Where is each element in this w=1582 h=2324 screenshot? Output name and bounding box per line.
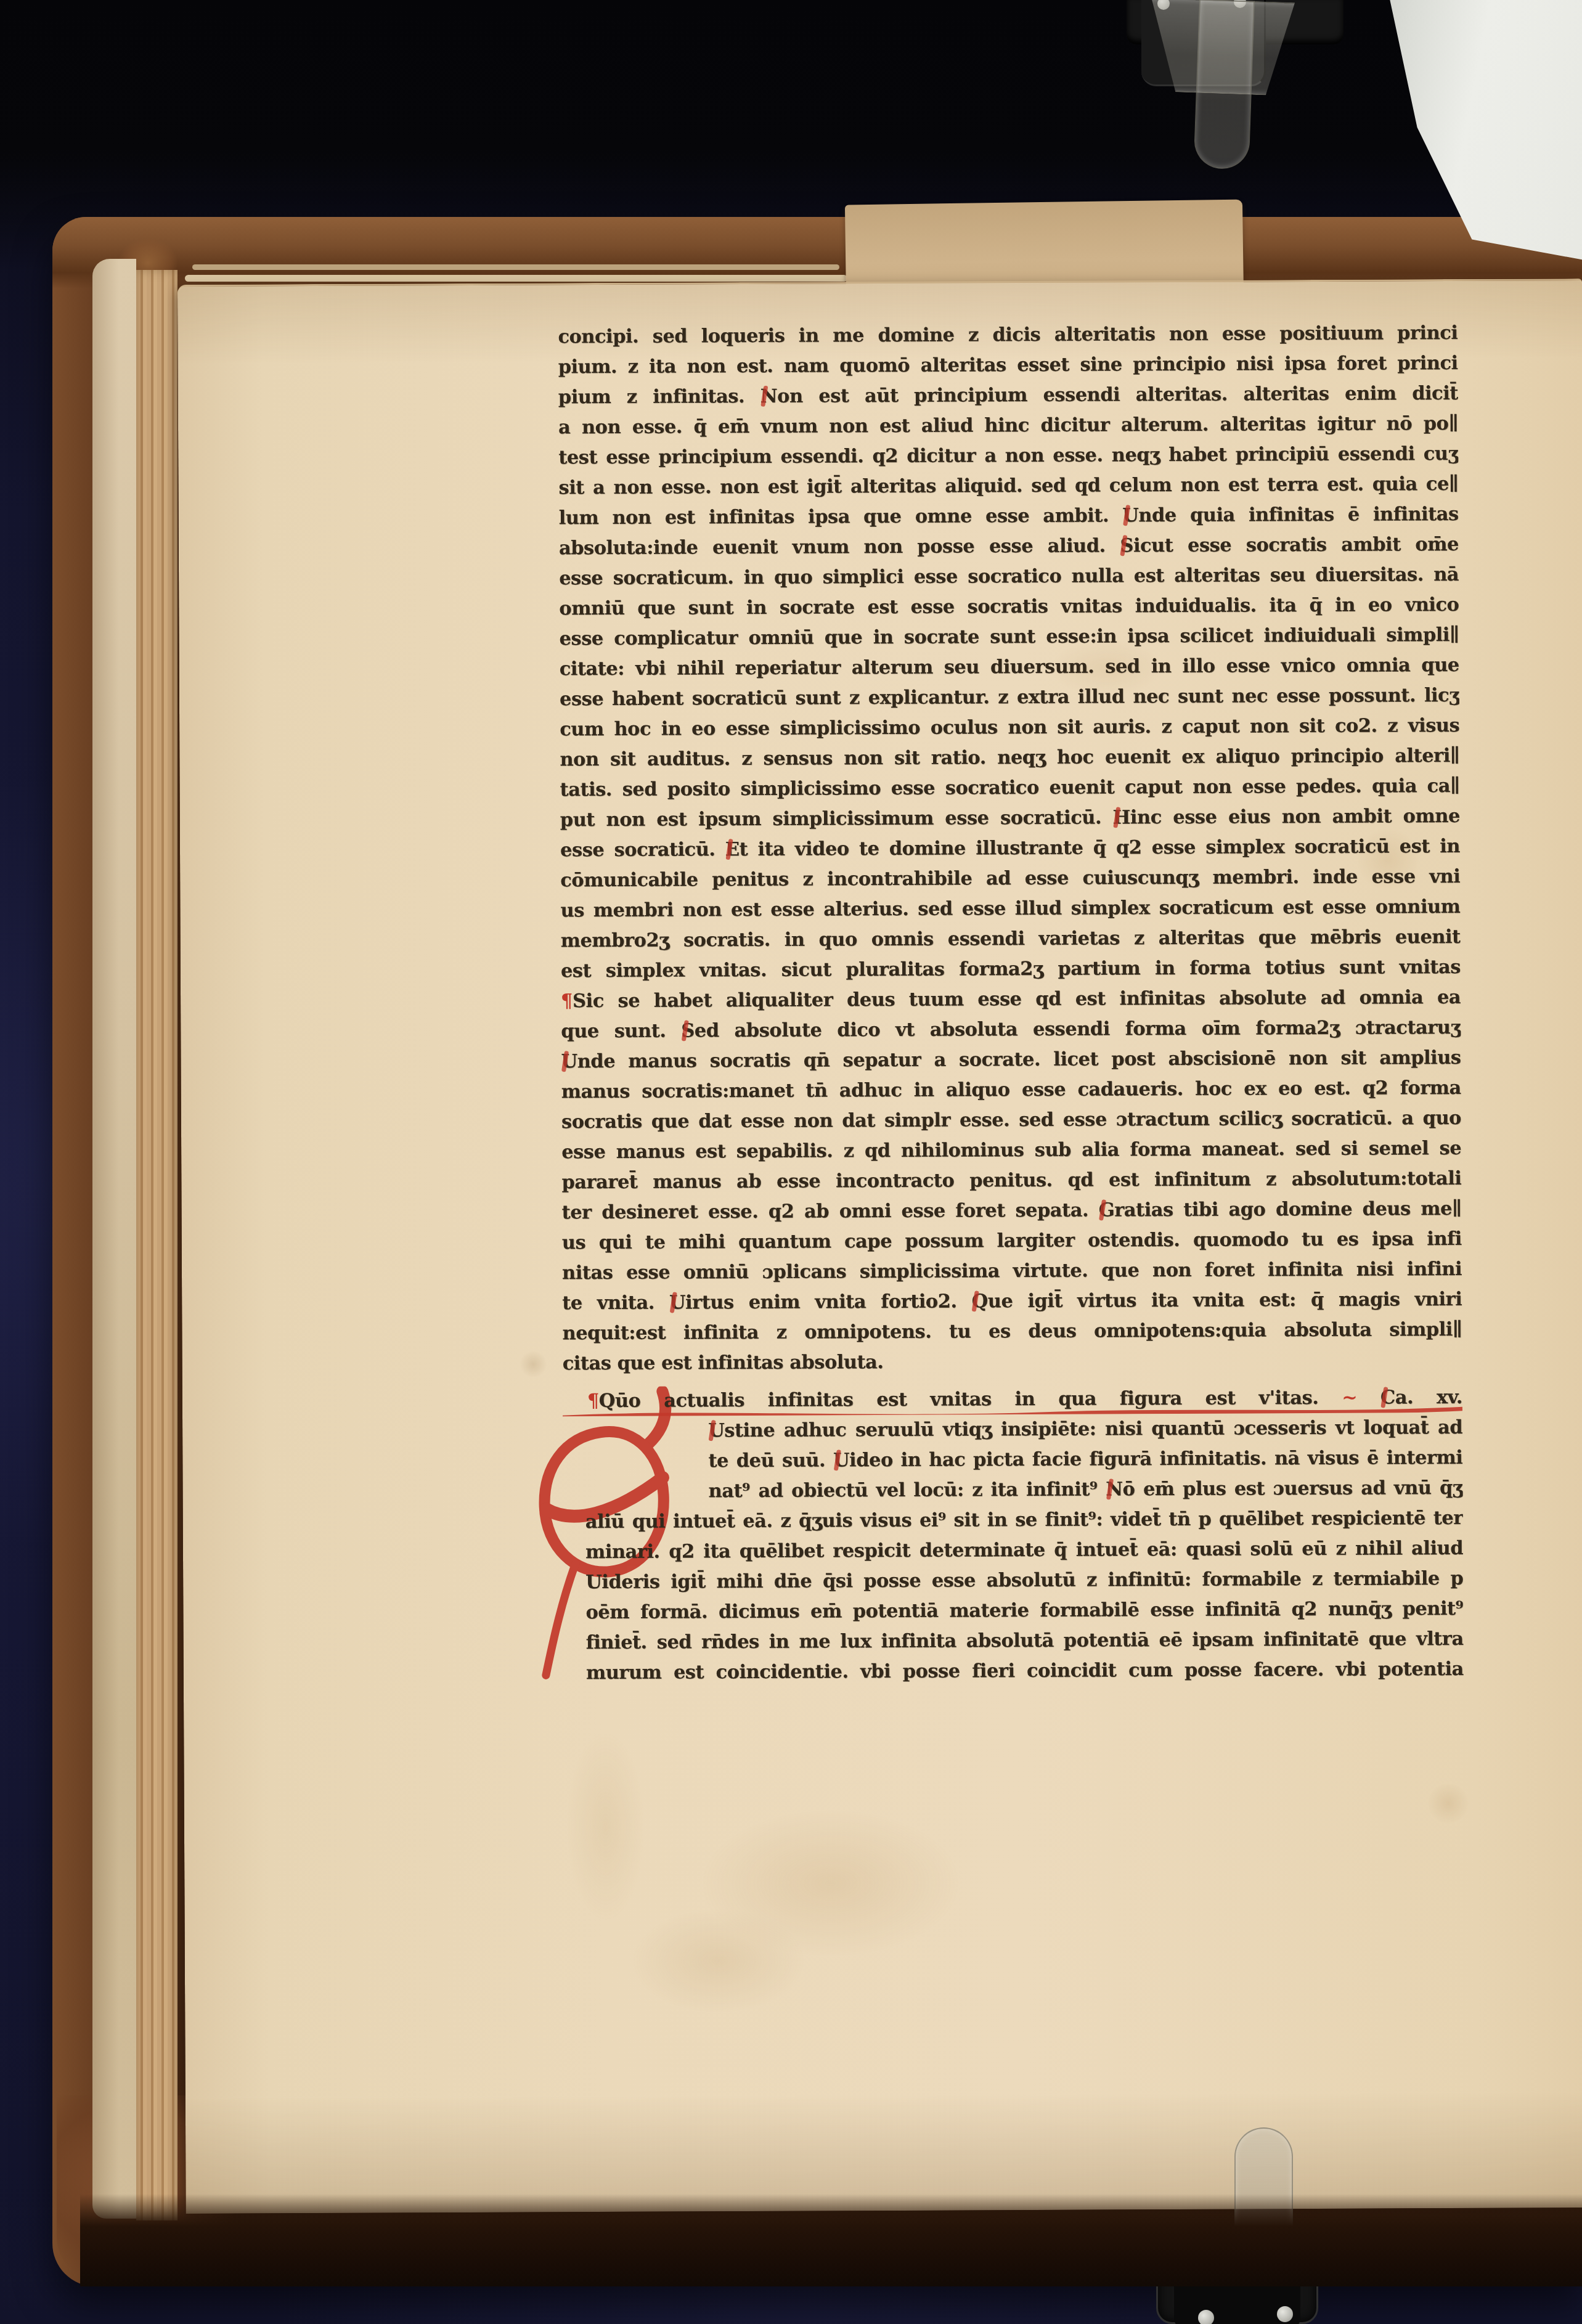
text-line: us membri non est esse alterius. sed ess… xyxy=(560,892,1460,926)
flyleaf-edge-strip xyxy=(92,259,136,2219)
ink-text: oēm formā. dicimus em̄ potentiā materie … xyxy=(585,1597,1463,1623)
ink-text: Et ita video te domine illustrante q̄ q2… xyxy=(725,835,1460,860)
text-line: esse socraticum. in quo simplici esse so… xyxy=(559,560,1459,593)
text-line: manus socratis:manet tn̄ adhuc in aliquo… xyxy=(561,1073,1461,1107)
ink-text: lum non est infinitas ipsa que omne esse… xyxy=(559,504,1123,529)
ink-text: nitas esse omniū ɔplicans simplicissima … xyxy=(562,1258,1462,1284)
text-line: lum non est infinitas ipsa que omne esse… xyxy=(559,499,1459,533)
text-line: est simplex vnitas. sicut pluralitas for… xyxy=(561,952,1461,986)
ink-text: citate: vbi nihil reperiatur alterum seu… xyxy=(560,654,1459,680)
text-line: minari. q2 ita quēlibet respicit determi… xyxy=(585,1533,1463,1567)
text-line: que sunt. Sed absolute dico vt absoluta … xyxy=(561,1013,1461,1046)
stacked-leaf-edge-line xyxy=(185,275,847,282)
text-line: citas que est infinitas absoluta. xyxy=(563,1345,1462,1379)
text-line: sit a non esse. non est igit̄ alteritas … xyxy=(558,469,1458,503)
ink-text: citas que est infinitas absoluta. xyxy=(563,1351,884,1374)
chapter14-text: concipi. sed loqueris in me domine z dic… xyxy=(558,318,1462,1379)
ink-text: membro2ʒ socratis. in quo omnis essendi … xyxy=(561,926,1461,952)
ink-text: Nō em̄ plus est ɔuersus ad vnū q̄ʒ xyxy=(1106,1477,1463,1501)
ink-text: Gratias tibi ago domine deus me∥ xyxy=(1099,1197,1462,1221)
ink-text: te deū suū. xyxy=(708,1449,833,1472)
ink-text: omniū que sunt in socrate est esse socra… xyxy=(559,593,1459,619)
stacked-leaf-edge-line xyxy=(192,264,839,270)
text-line: esse habent socraticū sunt z explicantur… xyxy=(560,680,1459,714)
ink-text: esse socraticū. xyxy=(560,838,725,861)
text-line: membro2ʒ socratis. in quo omnis essendi … xyxy=(561,922,1461,956)
text-line: nat⁹ ad obiectū vel locū: z ita infinit⁹… xyxy=(585,1473,1462,1507)
text-line: a non esse. q̄ em̄ vnum non est aliud hi… xyxy=(558,409,1458,442)
ink-text: esse socraticum. in quo simplici esse so… xyxy=(559,563,1459,589)
text-line: ¶Sic se habet aliqualiter deus tuum esse… xyxy=(561,982,1461,1016)
text-line: murum est coincidentie. vbi posse fieri … xyxy=(586,1654,1464,1688)
ink-text: pium. z ita non est. nam quomō alteritas… xyxy=(558,352,1458,378)
ink-text: Uideris igit̄ mihi dn̄e q̄si posse esse … xyxy=(585,1567,1463,1593)
chapter15-text: Ustine adhuc seruulū vtiqʒ insipiēte: ni… xyxy=(563,1413,1464,1688)
ink-text: Uirtus enim vnita fortio2. xyxy=(669,1290,972,1313)
text-line: nequit:est infinita z omnipotens. tu es … xyxy=(562,1315,1462,1348)
text-line: concipi. sed loqueris in me domine z dic… xyxy=(558,318,1458,352)
text-line: cum hoc in eo esse simplicissimo oculus … xyxy=(560,711,1459,744)
ink-text: Que igit̄ virtus ita vnita est: q̄ magis… xyxy=(972,1288,1462,1312)
text-line: nitas esse omniū ɔplicans simplicissima … xyxy=(562,1254,1462,1288)
screw-icon xyxy=(1277,2306,1293,2322)
text-line: pium z infinitas. Non est aūt principium… xyxy=(558,378,1458,412)
ink-text: minari. q2 ita quēlibet respicit determi… xyxy=(585,1537,1463,1563)
ink-text: cum hoc in eo esse simplicissimo oculus … xyxy=(560,714,1459,740)
page-text-block: concipi. sed loqueris in me domine z dic… xyxy=(558,318,1464,1688)
manuscript-page: concipi. sed loqueris in me domine z dic… xyxy=(177,279,1582,2214)
ink-text: finiet̄. sed rn̄des in me lux infinita a… xyxy=(586,1628,1464,1653)
ink-text: sit a non esse. non est igit̄ alteritas … xyxy=(558,473,1458,499)
ink-text: pararet̄ manus ab esse incontracto penit… xyxy=(561,1167,1461,1193)
text-line: citate: vbi nihil reperiatur alterum seu… xyxy=(560,650,1459,684)
ink-text: que sunt. xyxy=(561,1019,681,1042)
text-line: esse socraticū. Et ita video te domine i… xyxy=(560,831,1460,865)
text-line: pararet̄ manus ab esse incontracto penit… xyxy=(561,1164,1461,1197)
ink-text: cōmunicabile penitus z incontrahibile ad… xyxy=(560,865,1460,891)
rubric-text: ¶ xyxy=(587,1390,599,1412)
text-line: omniū que sunt in socrate est esse socra… xyxy=(559,590,1459,624)
chapter-heading: ¶Qūo actualis infinitas est vnitas in qu… xyxy=(563,1382,1462,1416)
text-line: esse manus est sepabilis. z qd nihilomin… xyxy=(561,1133,1461,1167)
text-line: te deū suū. Uideo in hac picta facie fig… xyxy=(585,1443,1462,1477)
ink-text: esse complicatur omniū que in socrate su… xyxy=(559,624,1459,650)
ink-text: manus socratis:manet tn̄ adhuc in aliquo… xyxy=(561,1077,1461,1103)
ink-text: Hinc esse eius non ambit omne xyxy=(1112,805,1459,828)
text-line: Uideris igit̄ mihi dn̄e q̄si posse esse … xyxy=(585,1564,1463,1597)
ink-text: Non est aūt principium essendi alteritas… xyxy=(760,382,1458,407)
ink-text: test esse principium essendi. q2 dicitur… xyxy=(558,442,1458,468)
text-line: Unde manus socratis qn̄ sepatur a socrat… xyxy=(561,1043,1461,1077)
ink-text: esse manus est sepabilis. z qd nihilomin… xyxy=(561,1137,1461,1163)
text-line: absoluta:inde euenit vnum non posse esse… xyxy=(559,529,1459,563)
ink-text: put non est ipsum simplicissimum esse so… xyxy=(560,806,1113,831)
ink-text: murum est coincidentie. vbi posse fieri … xyxy=(586,1658,1464,1684)
ink-text: Unde manus socratis qn̄ sepatur a socrat… xyxy=(561,1046,1461,1072)
ink-text: Ustine adhuc seruulū vtiqʒ insipiēte: ni… xyxy=(708,1416,1462,1441)
text-line: test esse principium essendi. q2 dicitur… xyxy=(558,439,1458,473)
text-line: oēm formā. dicimus em̄ potentiā materie … xyxy=(585,1594,1463,1628)
text-line: Ustine adhuc seruulū vtiqʒ insipiēte: ni… xyxy=(585,1413,1462,1446)
ink-text: est simplex vnitas. sicut pluralitas for… xyxy=(561,956,1461,982)
text-line: aliū qui intuet̄ eā. z q̄ʒuis visus ei⁹ … xyxy=(585,1503,1463,1537)
text-line: esse complicatur omniū que in socrate su… xyxy=(559,620,1459,654)
ink-text: nat⁹ ad obiectū vel locū: z ita infinit⁹ xyxy=(708,1478,1106,1502)
ink-text: us qui te mihi quantum cape possum largi… xyxy=(562,1228,1462,1254)
ink-text: xv. xyxy=(1413,1386,1462,1408)
ink-text: us membri non est esse alterius. sed ess… xyxy=(560,895,1460,921)
page-stack-fore-edges xyxy=(136,270,177,2220)
text-line: cōmunicabile penitus z incontrahibile ad… xyxy=(560,862,1460,895)
ink-text: absoluta:inde euenit vnum non posse esse… xyxy=(559,534,1120,559)
ink-text: Sicut esse socratis ambit om̄e xyxy=(1120,533,1459,557)
ink-text: a non esse. q̄ em̄ vnum non est aliud hi… xyxy=(558,412,1458,438)
text-line: socratis que dat esse non dat simplr ess… xyxy=(561,1103,1461,1137)
screw-icon xyxy=(1198,2310,1214,2324)
ink-text: nequit:est infinita z omnipotens. tu es … xyxy=(562,1318,1462,1344)
ink-text: aliū qui intuet̄ eā. z q̄ʒuis visus ei⁹ … xyxy=(585,1507,1463,1533)
ink-text: concipi. sed loqueris in me domine z dic… xyxy=(558,322,1458,348)
text-line: tatis. sed posito simplicissimo esse soc… xyxy=(560,771,1459,805)
text-line: ter desineret esse. q2 ab omni esse fore… xyxy=(561,1194,1461,1228)
ink-text: non sit auditus. z sensus non sit ratio.… xyxy=(560,744,1459,770)
ink-text: socratis que dat esse non dat simplr ess… xyxy=(561,1107,1461,1133)
cover-bottom-band xyxy=(80,2194,1582,2286)
chapter-heading-text: ¶Qūo actualis infinitas est vnitas in qu… xyxy=(587,1386,1462,1412)
text-line: finiet̄. sed rn̄des in me lux infinita a… xyxy=(586,1624,1464,1658)
text-line: put non est ipsum simplicissimum esse so… xyxy=(560,801,1460,835)
rubric-text: ¶ xyxy=(561,990,573,1012)
ink-text: esse habent socraticū sunt z explicantur… xyxy=(560,684,1459,710)
ink-text: Uideo in hac picta facie figurā infinita… xyxy=(833,1446,1463,1471)
ink-text: Sic se habet aliqualiter deus tuum esse … xyxy=(573,986,1461,1012)
text-line: te vnita. Uirtus enim vnita fortio2. Que… xyxy=(562,1284,1462,1318)
ink-text: ter desineret esse. q2 ab omni esse fore… xyxy=(561,1199,1098,1223)
ink-text: te vnita. xyxy=(562,1292,669,1315)
text-line: non sit auditus. z sensus non sit ratio.… xyxy=(560,741,1459,775)
text-line: us qui te mihi quantum cape possum largi… xyxy=(562,1224,1462,1258)
rubric-text: ~ xyxy=(1342,1387,1380,1409)
text-line: pium. z ita non est. nam quomō alteritas… xyxy=(558,348,1458,382)
ink-text: Qūo actualis infinitas est vnitas in qua… xyxy=(599,1387,1342,1412)
ink-text: Unde quia infinitas ē infinitas xyxy=(1122,503,1459,526)
ink-text: Sed absolute dico vt absoluta essendi fo… xyxy=(681,1016,1461,1042)
top-clip-acrylic-tongue xyxy=(1193,0,1255,169)
ink-text: tatis. sed posito simplicissimo esse soc… xyxy=(560,775,1460,801)
ink-text: pium z infinitas. xyxy=(558,385,760,408)
